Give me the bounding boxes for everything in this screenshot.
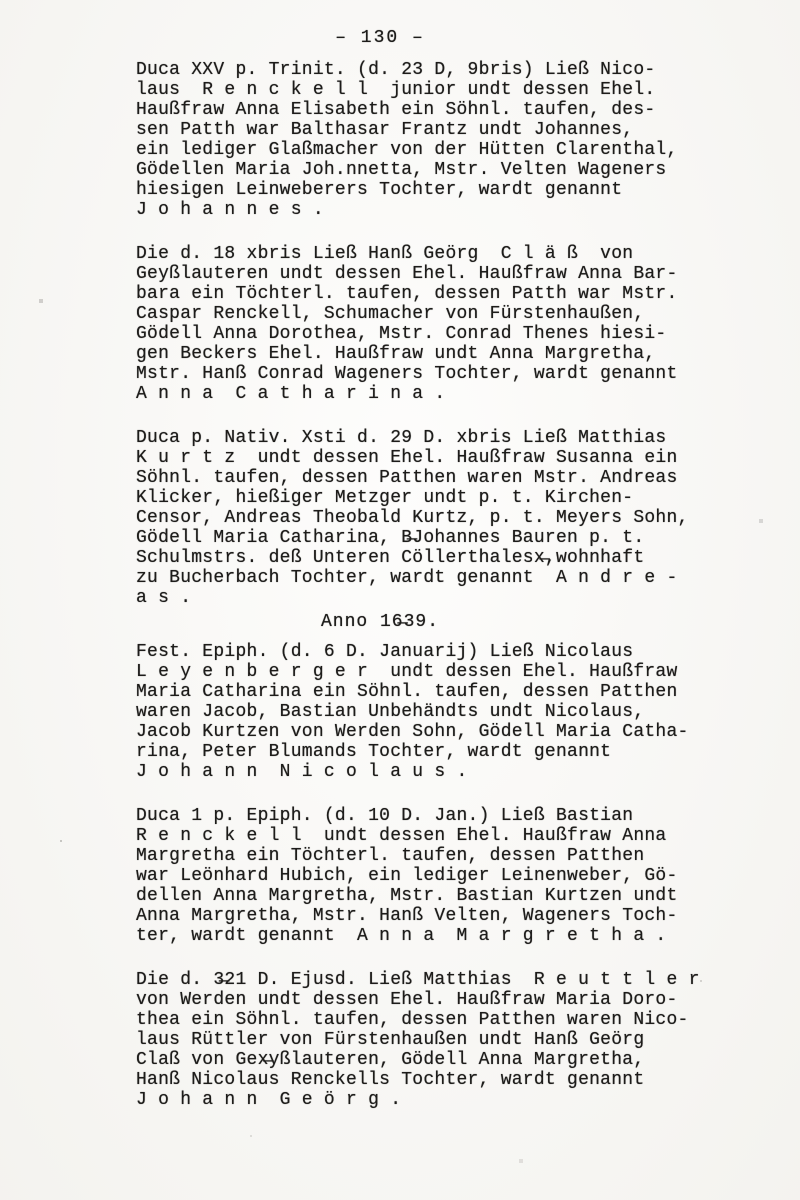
- text-line: Duca 1 p. Epiph. (d. 10 D. Jan.) Ließ Ba…: [136, 806, 736, 826]
- text-line: A n n a C a t h a r i n a .: [136, 384, 736, 404]
- text-line: zu Bucherbach Tochter, wardt genannt A n…: [136, 568, 736, 588]
- text-line: thea ein Söhnl. taufen, dessen Patthen w…: [136, 1010, 736, 1030]
- text-line: Mstr. Hanß Conrad Wageners Tochter, ward…: [136, 364, 736, 384]
- text-line: von Werden undt dessen Ehel. Haußfraw Ma…: [136, 990, 736, 1010]
- text-line: Hanß Nicolaus Renckells Tochter, wardt g…: [136, 1070, 736, 1090]
- scan-artifacts: [0, 0, 2, 2]
- text-line: gen Beckers Ehel. Haußfraw undt Anna Mar…: [136, 344, 736, 364]
- text-line: hiesigen Leinweberers Tochter, wardt gen…: [136, 180, 736, 200]
- anno-heading: Anno 16̶39.: [100, 612, 660, 632]
- text-line: Söhnl. taufen, dessen Patthen waren Mstr…: [136, 468, 736, 488]
- text-line: Caspar Renckell, Schumacher von Fürstenh…: [136, 304, 736, 324]
- text-line: K u r t z undt dessen Ehel. Haußfraw Sus…: [136, 448, 736, 468]
- text-line: J o h a n n G e ö r g .: [136, 1090, 736, 1110]
- text-line: Censor, Andreas Theobald Kurtz, p. t. Me…: [136, 508, 736, 528]
- text-line: Schulmstrs. deß Unteren Cöllerthalesx̶,w…: [136, 548, 736, 568]
- text-line: a s .: [136, 588, 736, 608]
- text-line: Gödell Anna Dorothea, Mstr. Conrad Thene…: [136, 324, 736, 344]
- paragraph: Duca p. Nativ. Xsti d. 29 D. xbris Ließ …: [136, 428, 736, 608]
- text-line: ter, wardt genannt A n n a M a r g r e t…: [136, 926, 736, 946]
- text-line: J o h a n n e s .: [136, 200, 736, 220]
- paragraph: Duca XXV p. Trinit. (d. 23 D, 9bris) Lie…: [136, 60, 736, 220]
- text-line: Duca p. Nativ. Xsti d. 29 D. xbris Ließ …: [136, 428, 736, 448]
- text-line: war Leönhard Hubich, ein lediger Leinenw…: [136, 866, 736, 886]
- paragraph: Fest. Epiph. (d. 6 D. Januarij) Ließ Nic…: [136, 642, 736, 782]
- document-blocks: Duca XXV p. Trinit. (d. 23 D, 9bris) Lie…: [136, 60, 736, 1110]
- text-line: Jacob Kurtzen von Werden Sohn, Gödell Ma…: [136, 722, 736, 742]
- text-line: rina, Peter Blumands Tochter, wardt gena…: [136, 742, 736, 762]
- text-line: Gödellen Maria Joh.nnetta, Mstr. Velten …: [136, 160, 736, 180]
- text-line: Klicker, hießiger Metzger undt p. t. Kir…: [136, 488, 736, 508]
- text-line: ein lediger Glaßmacher von der Hütten Cl…: [136, 140, 736, 160]
- text-line: Claß von Gex̶yßlauteren, Gödell Anna Mar…: [136, 1050, 736, 1070]
- text-line: Gödell Maria Catharina, B̶Johannes Baure…: [136, 528, 736, 548]
- text-line: R e n c k e l l undt dessen Ehel. Haußfr…: [136, 826, 736, 846]
- text-line: dellen Anna Margretha, Mstr. Bastian Kur…: [136, 886, 736, 906]
- text-line: sen Patth war Balthasar Frantz undt Joha…: [136, 120, 736, 140]
- paragraph: Die d. 18 xbris Ließ Hanß Geörg C l ä ß …: [136, 244, 736, 404]
- text-line: Anna Margretha, Mstr. Hanß Velten, Wagen…: [136, 906, 736, 926]
- text-line: bara ein Töchterl. taufen, dessen Patth …: [136, 284, 736, 304]
- text-line: Die d. 18 xbris Ließ Hanß Geörg C l ä ß …: [136, 244, 736, 264]
- text-line: Margretha ein Töchterl. taufen, dessen P…: [136, 846, 736, 866]
- text-line: laus R e n c k e l l junior undt dessen …: [136, 80, 736, 100]
- text-line: Geyßlauteren undt dessen Ehel. Haußfraw …: [136, 264, 736, 284]
- text-line: Fest. Epiph. (d. 6 D. Januarij) Ließ Nic…: [136, 642, 736, 662]
- text-line: Maria Catharina ein Söhnl. taufen, desse…: [136, 682, 736, 702]
- text-line: J o h a n n N i c o l a u s .: [136, 762, 736, 782]
- scanned-document-page: – 130 – Duca XXV p. Trinit. (d. 23 D, 9b…: [0, 0, 800, 1200]
- text-line: laus Rüttler von Fürstenhaußen undt Hanß…: [136, 1030, 736, 1050]
- paragraph: Die d. 3̶21 D. Ejusd. Ließ Matthias R e …: [136, 970, 736, 1110]
- paragraph: Duca 1 p. Epiph. (d. 10 D. Jan.) Ließ Ba…: [136, 806, 736, 946]
- text-column: – 130 – Duca XXV p. Trinit. (d. 23 D, 9b…: [136, 0, 736, 1134]
- text-line: waren Jacob, Bastian Unbehändts undt Nic…: [136, 702, 736, 722]
- page-number: – 130 –: [100, 28, 660, 48]
- text-line: Duca XXV p. Trinit. (d. 23 D, 9bris) Lie…: [136, 60, 736, 80]
- text-line: L e y e n b e r g e r undt dessen Ehel. …: [136, 662, 736, 682]
- text-line: Die d. 3̶21 D. Ejusd. Ließ Matthias R e …: [136, 970, 736, 990]
- text-line: Haußfraw Anna Elisabeth ein Söhnl. taufe…: [136, 100, 736, 120]
